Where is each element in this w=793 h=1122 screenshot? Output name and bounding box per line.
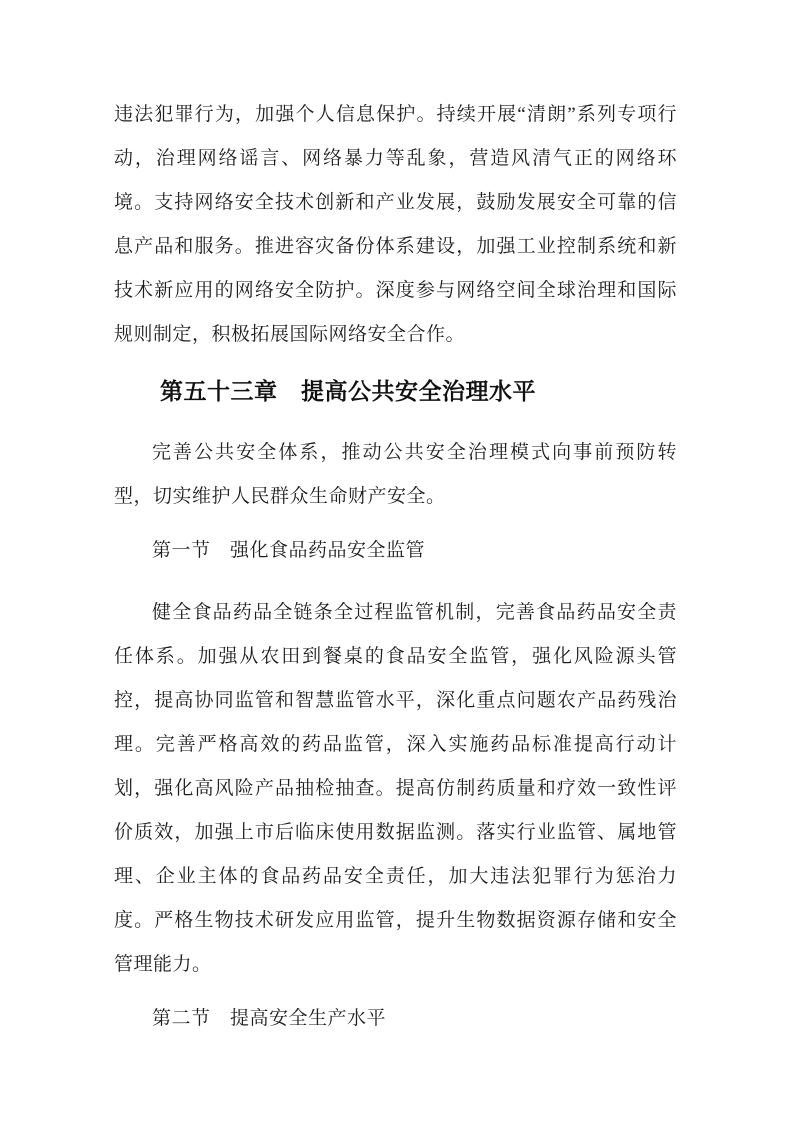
section-1-paragraph: 健全食品药品全链条全过程监管机制，完善食品药品安全责任体系。加强从农田到餐桌的食…	[114, 591, 677, 987]
document-page: 违法犯罪行为，加强个人信息保护。持续开展“清朗”系列专项行动，治理网络谣言、网络…	[0, 0, 793, 1122]
section-1-heading: 第一节 强化食品药品安全监管	[114, 529, 677, 573]
paragraph-continuation: 违法犯罪行为，加强个人信息保护。持续开展“清朗”系列专项行动，治理网络谣言、网络…	[114, 93, 677, 357]
chapter-intro-paragraph: 完善公共安全体系，推动公共安全治理模式向事前预防转型，切实维护人民群众生命财产安…	[114, 431, 677, 519]
chapter-heading: 第五十三章 提高公共安全治理水平	[114, 369, 677, 413]
section-2-heading: 第二节 提高安全生产水平	[114, 997, 677, 1041]
